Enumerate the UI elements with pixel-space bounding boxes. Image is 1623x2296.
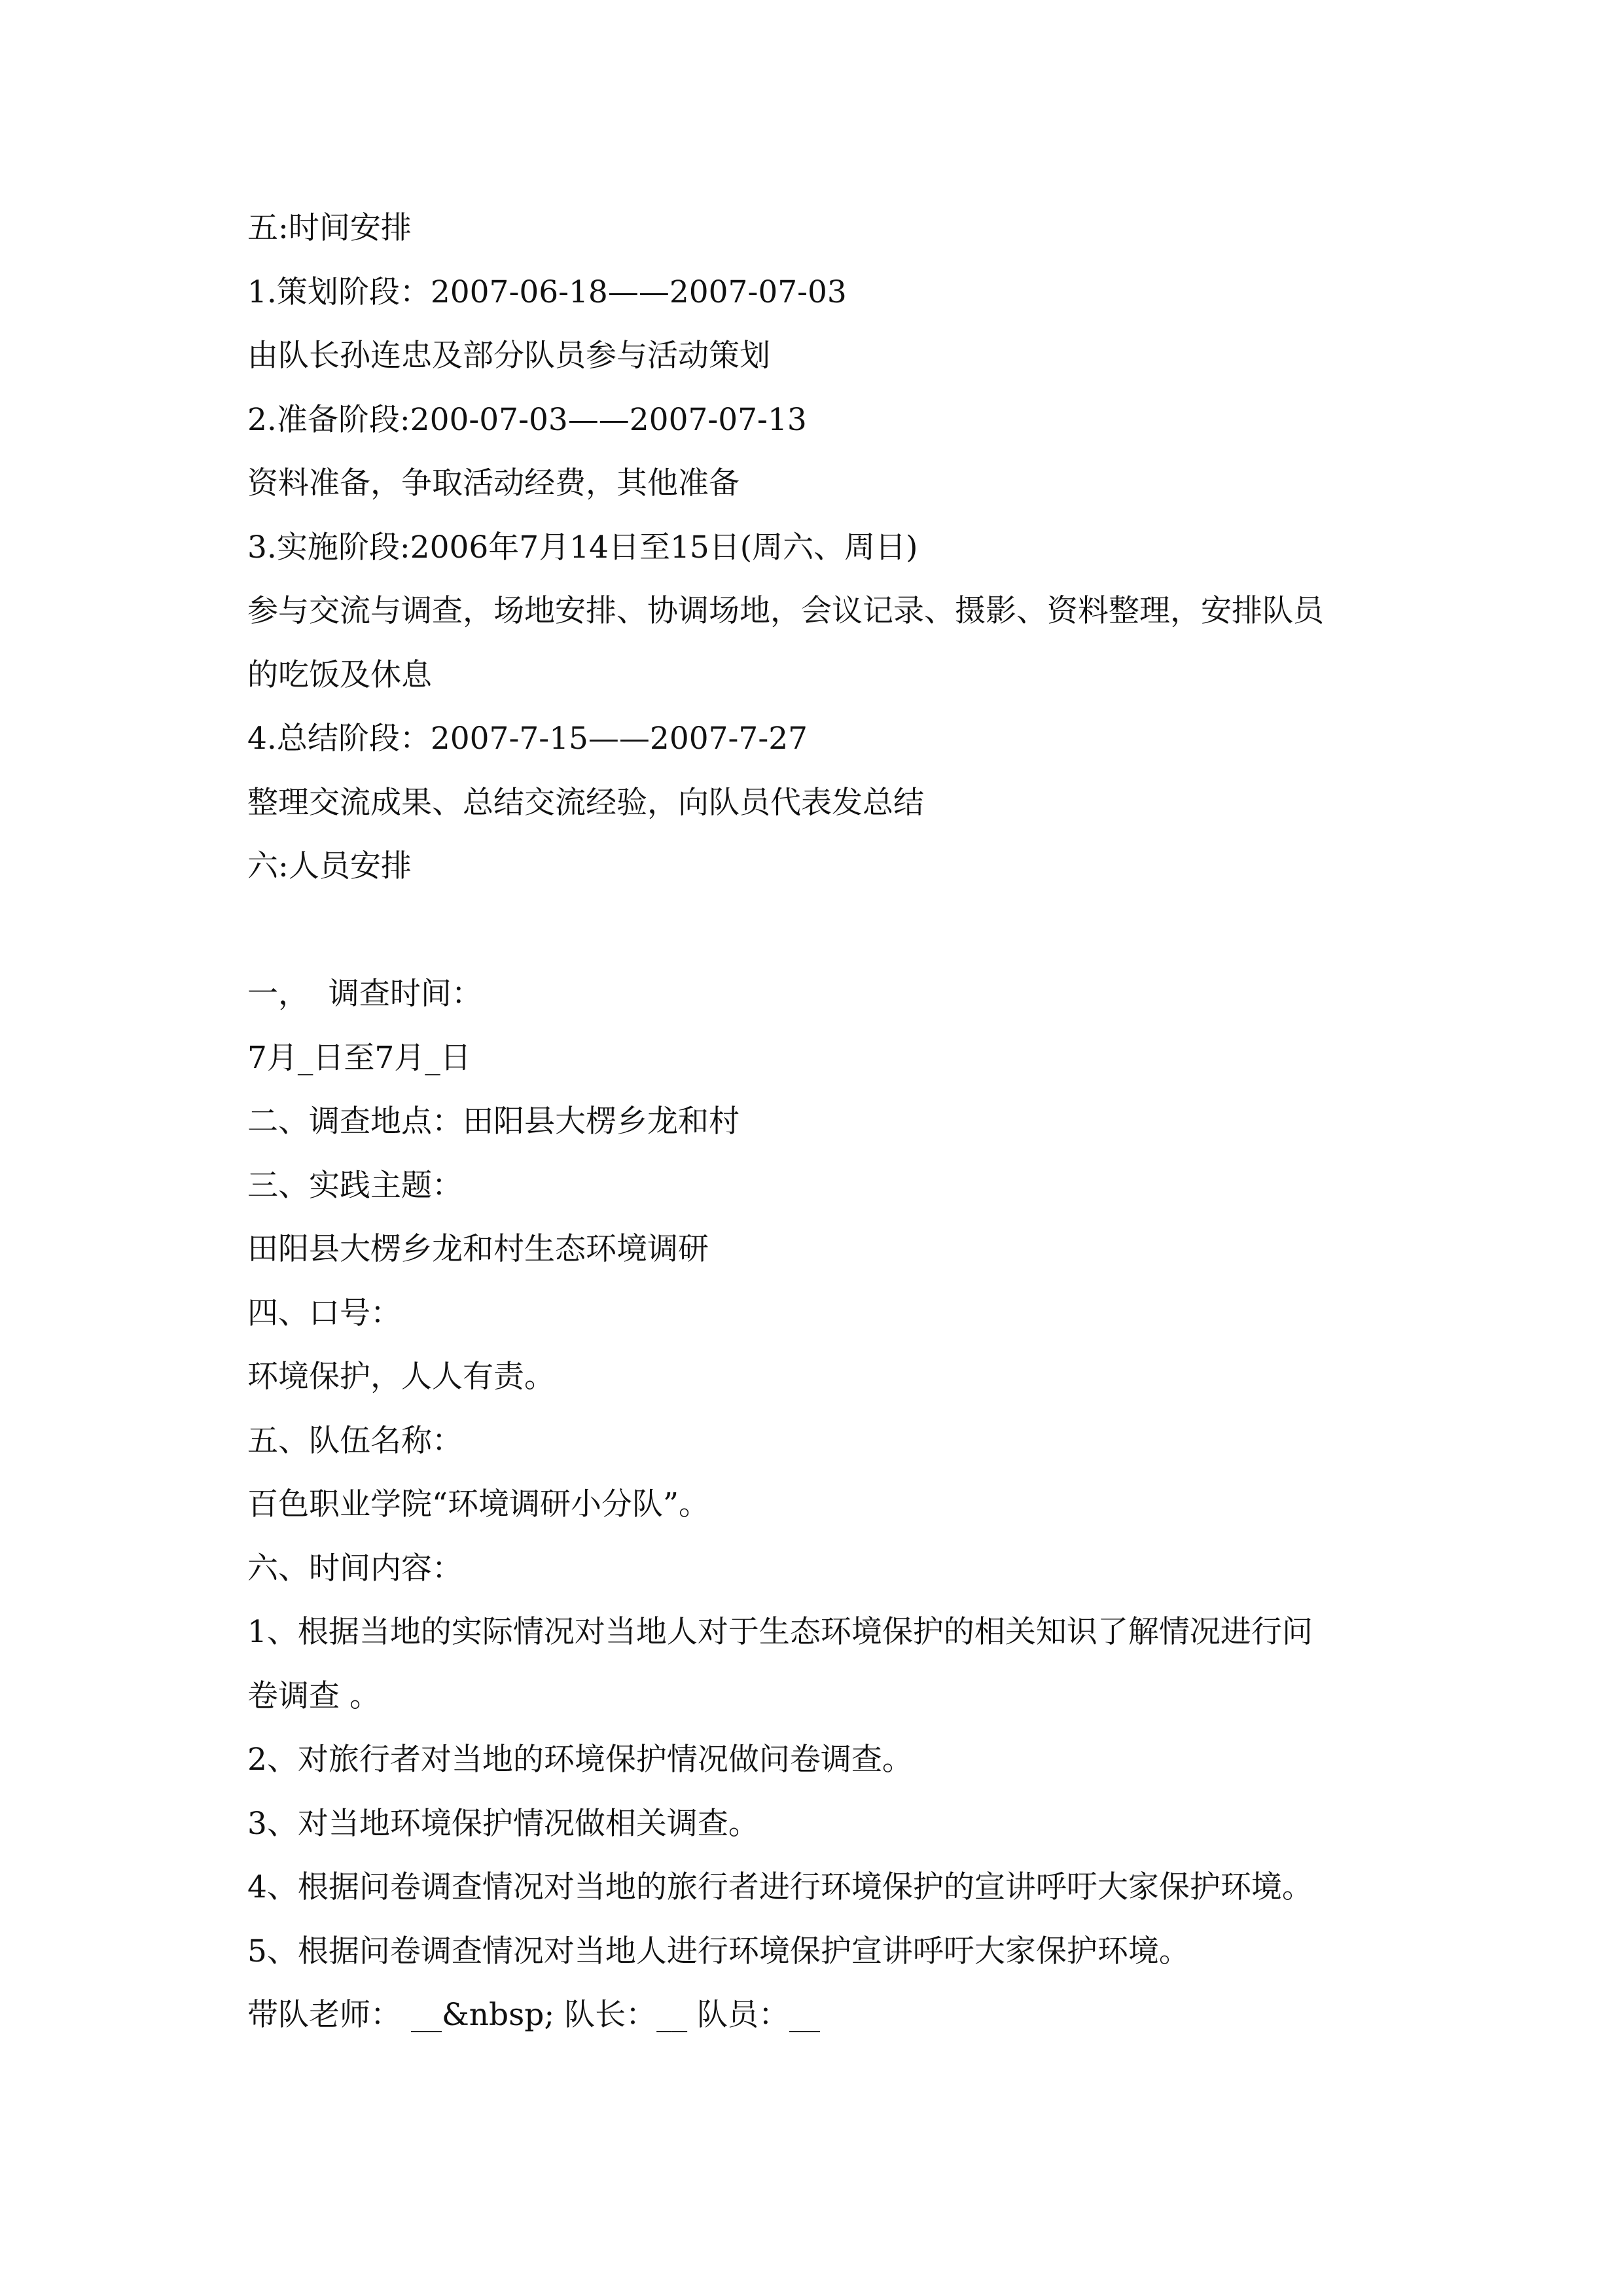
activity-item-1-cont: 卷调查 。 xyxy=(247,1678,380,1715)
team-name-heading: 五、队伍名称： xyxy=(247,1423,463,1460)
activity-item-5: 5、根据问卷调查情况对当地人进行环境保护宣讲呼吁大家保护环境。 xyxy=(247,1933,1190,1970)
activity-item-4: 4、根据问卷调查情况对当地的旅行者进行环境保护的宣讲呼吁大家保护环境。 xyxy=(247,1869,1313,1906)
practice-theme-heading: 三、实践主题： xyxy=(247,1168,463,1204)
activity-item-1: 1、根据当地的实际情况对当地人对于生态环境保护的相关知识了解情况进行问 xyxy=(247,1614,1313,1651)
survey-location: 二、调查地点：田阳县大楞乡龙和村 xyxy=(247,1103,740,1140)
schedule-item-implementation-desc-cont: 的吃饭及休息 xyxy=(247,657,432,694)
schedule-item-preparation-desc: 资料准备，争取活动经费，其他准备 xyxy=(247,465,740,502)
schedule-item-planning-desc: 由队长孙连忠及部分队员参与活动策划 xyxy=(247,338,770,374)
signature-line: 带队老师： __&nbsp; 队长：__ 队员：__ xyxy=(247,1997,820,2034)
slogan-heading: 四、口号： xyxy=(247,1295,401,1332)
schedule-item-implementation-desc: 参与交流与调查，场地安排、协调场地，会议记录、摄影、资料整理，安排队员 xyxy=(247,593,1324,630)
survey-time-heading: 一， 调查时间： xyxy=(247,976,482,1013)
slogan-value: 环境保护，人人有责。 xyxy=(247,1359,555,1395)
survey-time-value: 7月_日至7月_日 xyxy=(247,1040,471,1077)
schedule-item-implementation: 3.实施阶段:2006年7月14日至15日(周六、周日) xyxy=(247,529,918,566)
schedule-item-planning: 1.策划阶段：2007-06-18——2007-07-03 xyxy=(247,274,847,311)
practice-theme-value: 田阳县大楞乡龙和村生态环境调研 xyxy=(247,1231,709,1268)
schedule-item-summary: 4.总结阶段：2007-7-15——2007-7-27 xyxy=(247,721,808,757)
activity-item-3: 3、对当地环境保护情况做相关调查。 xyxy=(247,1806,759,1842)
team-name-value: 百色职业学院“环境调研小分队”。 xyxy=(247,1486,709,1523)
schedule-item-summary-desc: 整理交流成果、总结交流经验，向队员代表发总结 xyxy=(247,785,924,821)
section-heading-schedule: 五:时间安排 xyxy=(247,210,412,247)
activity-item-2: 2、对旅行者对当地的环境保护情况做问卷调查。 xyxy=(247,1742,913,1778)
activity-content-heading: 六、时间内容： xyxy=(247,1551,463,1587)
document-page: 五:时间安排 1.策划阶段：2007-06-18——2007-07-03 由队长… xyxy=(0,0,1623,2296)
schedule-item-preparation: 2.准备阶段:200-07-03——2007-07-13 xyxy=(247,402,807,439)
section-heading-personnel: 六:人员安排 xyxy=(247,848,412,885)
